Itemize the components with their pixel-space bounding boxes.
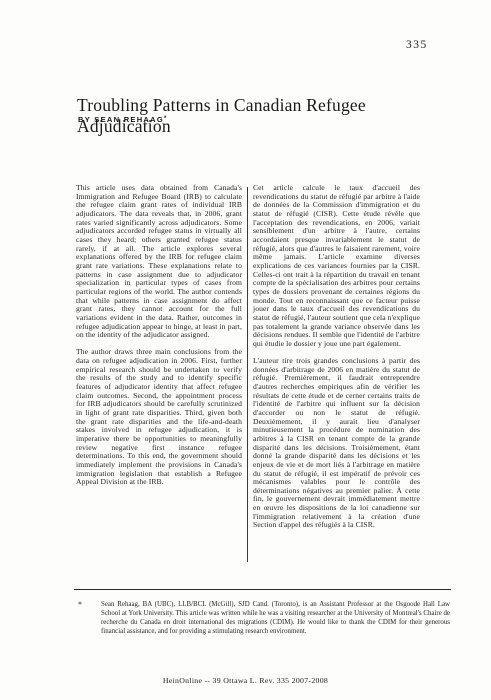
column-divider-rule — [247, 187, 248, 562]
abstract-english-paragraph-2: The author draws three main conclusions … — [76, 348, 242, 487]
footnote-text: Sean Rehaag, BA (UBC), LLB/BCL (McGill),… — [101, 600, 450, 636]
footnote-separator-rule — [74, 589, 451, 590]
abstract-french-paragraph-1: Cet article calcule le taux d'accueil de… — [253, 184, 420, 348]
heinonline-citation-footer: HeinOnline -- 39 Ottawa L. Rev. 335 2007… — [0, 676, 491, 685]
byline-text: BY SEAN REHAAG — [78, 115, 164, 124]
page-number: 335 — [406, 39, 428, 51]
abstract-french: Cet article calcule le taux d'accueil de… — [253, 184, 420, 539]
abstract-english: This article uses data obtained from Can… — [76, 184, 242, 495]
footnote: * Sean Rehaag, BA (UBC), LLB/BCL (McGill… — [78, 600, 450, 636]
abstract-french-paragraph-2: L'auteur tire trois grandes conclusions … — [253, 357, 420, 530]
journal-page: 335 Troubling Patterns in Canadian Refug… — [0, 0, 491, 700]
byline-footnote-marker: * — [164, 116, 168, 122]
footnote-marker: * — [78, 600, 101, 636]
abstract-english-paragraph-1: This article uses data obtained from Can… — [76, 184, 242, 340]
byline: BY SEAN REHAAG* — [78, 115, 168, 124]
